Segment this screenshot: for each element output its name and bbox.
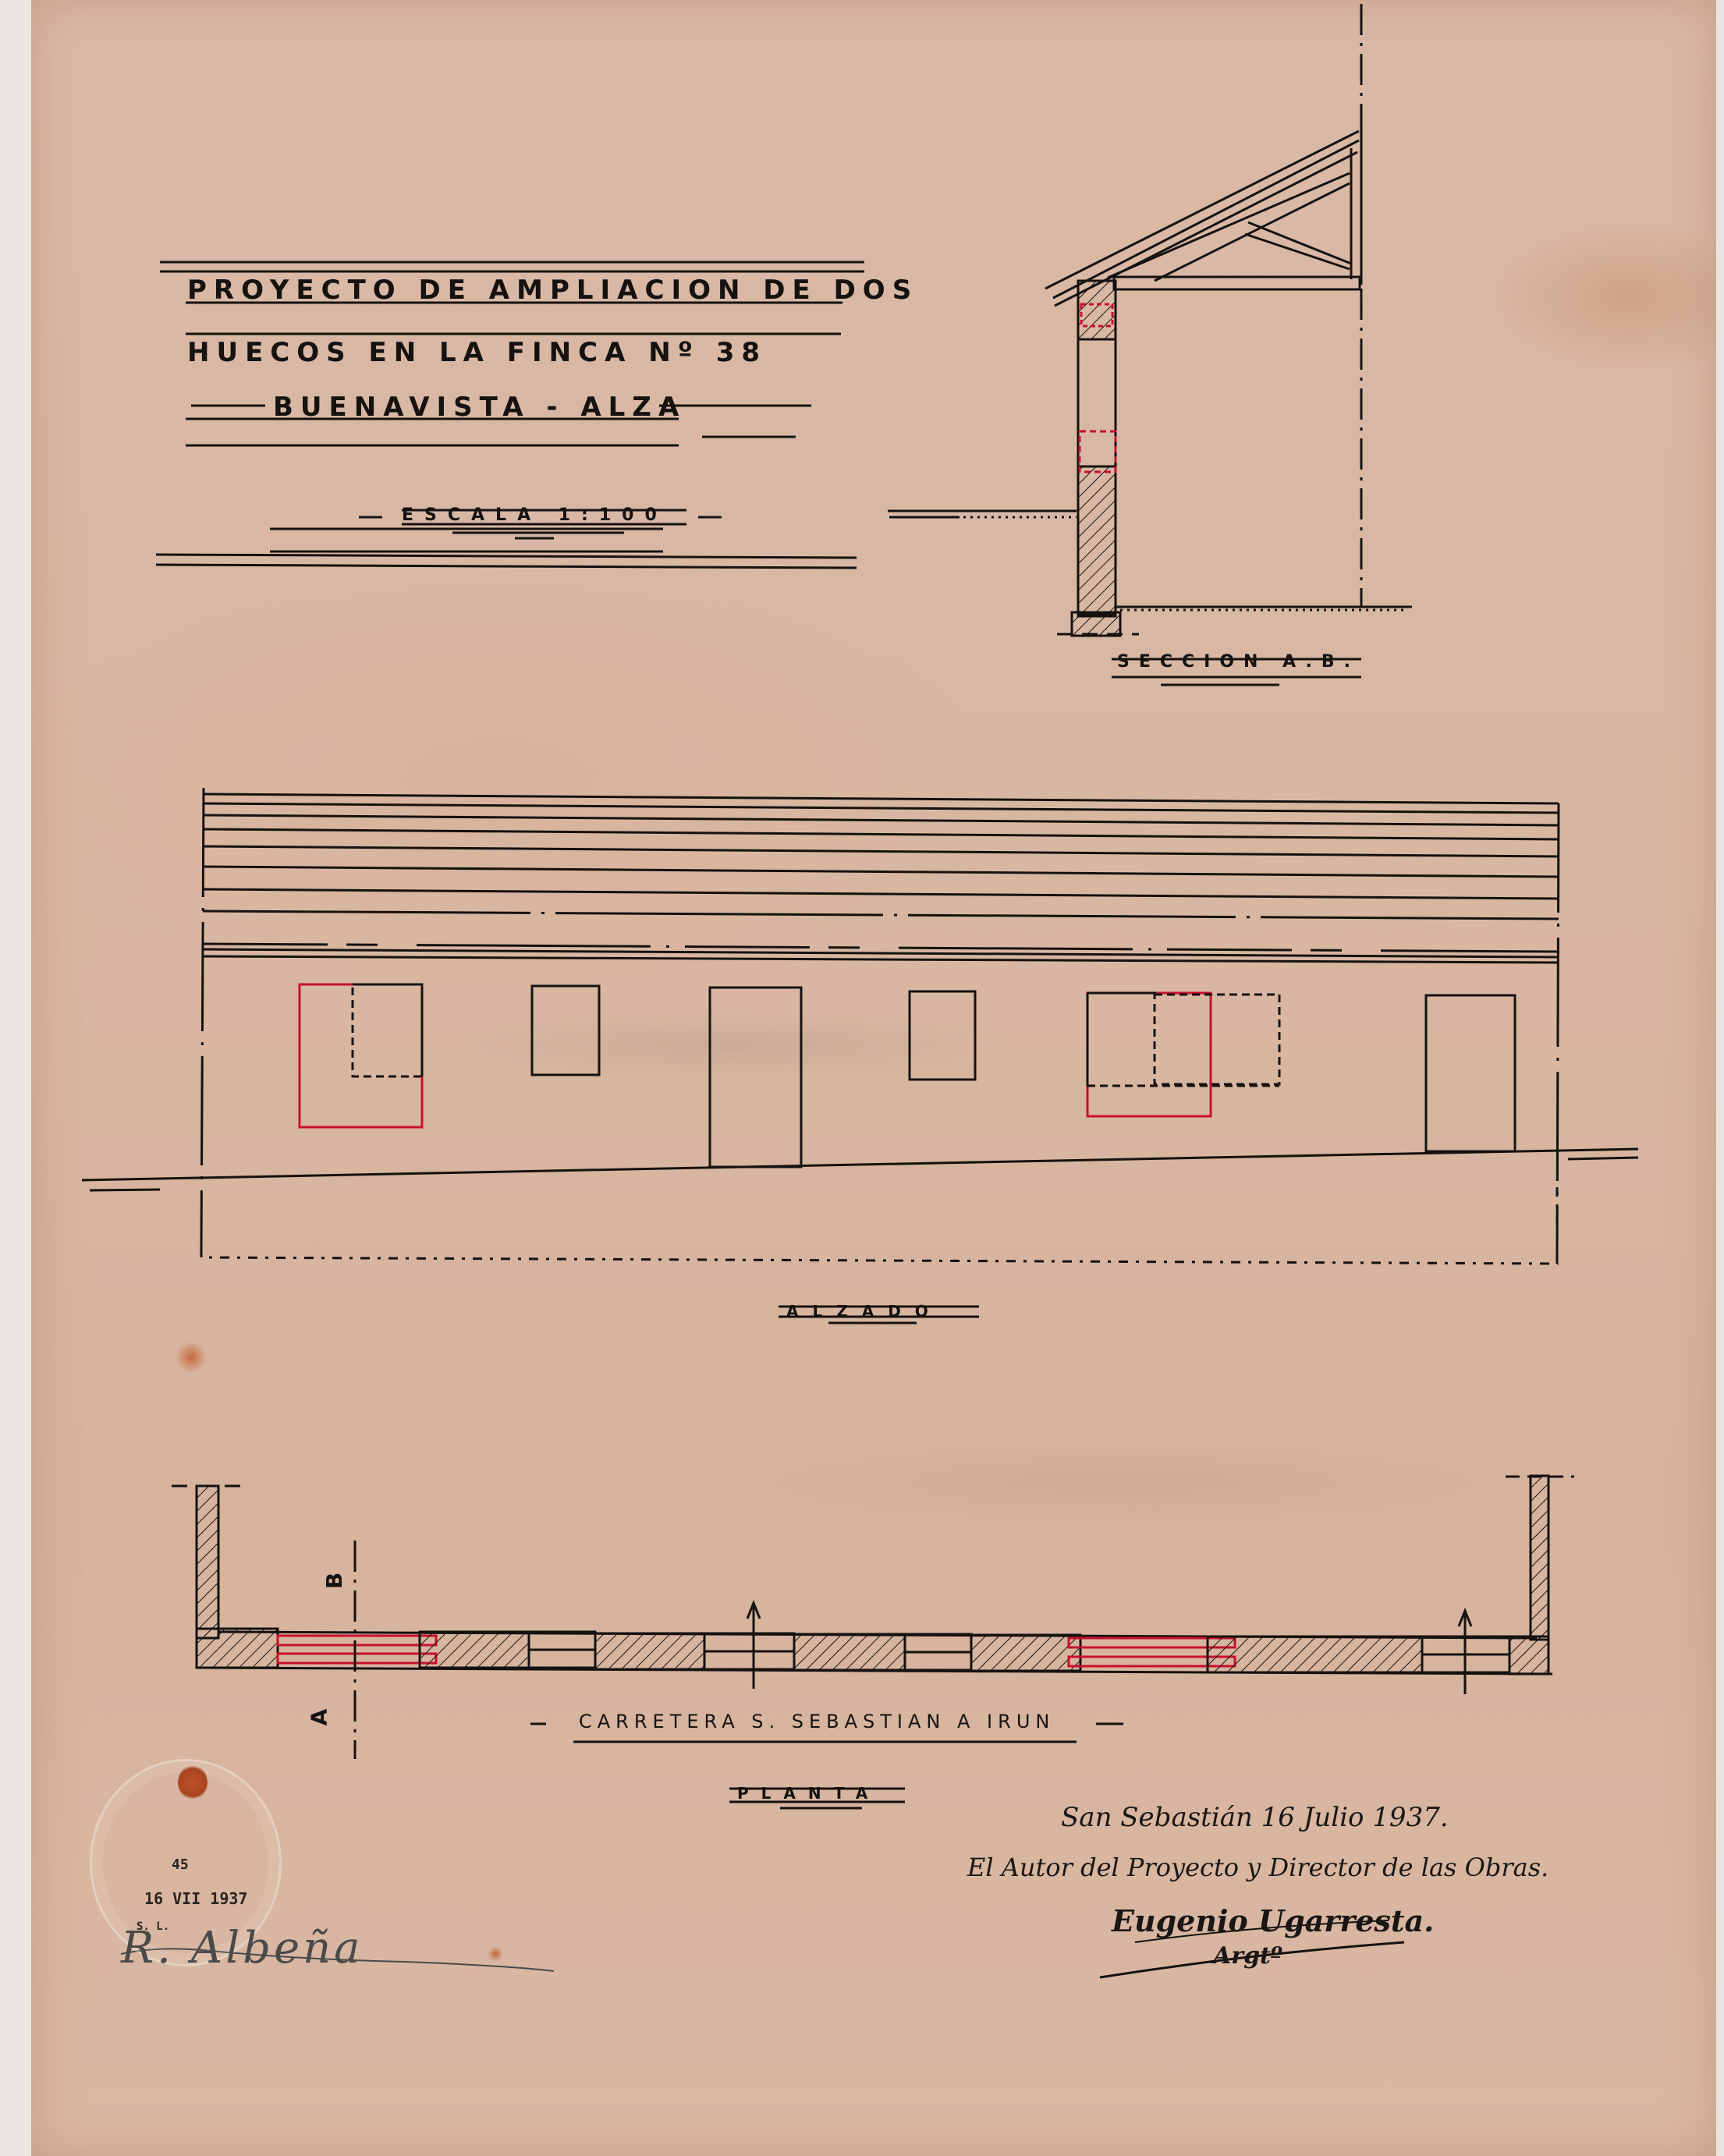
author-role: El Autor del Proyecto y Director de las … bbox=[967, 1853, 1548, 1882]
cut-mark-b: B bbox=[321, 1573, 347, 1589]
stamp-number: 45 bbox=[172, 1856, 189, 1873]
title-line-1: PROYECTO DE AMPLIACION DE DOS bbox=[187, 275, 918, 306]
section-label: SECCION A.B. bbox=[1117, 652, 1360, 672]
elevation-view bbox=[82, 788, 1638, 1323]
plan-view bbox=[172, 1476, 1574, 1808]
title-line-2: HUECOS EN LA FINCA Nº 38 bbox=[187, 337, 767, 368]
stamp-date: 16 VII 1937 bbox=[144, 1889, 247, 1908]
author-signature: Eugenio Ugarresta. bbox=[1112, 1903, 1434, 1938]
pencil-signature: R. Albeña bbox=[121, 1923, 364, 1973]
place-date: San Sebastián 16 Julio 1937. bbox=[1061, 1802, 1449, 1833]
stain bbox=[488, 1946, 503, 1962]
elevation-label: ALZADO bbox=[786, 1302, 942, 1321]
cut-mark-a: A bbox=[306, 1709, 332, 1726]
scale-label: ESCALA 1:100 bbox=[402, 505, 668, 525]
plan-label: PLANTA bbox=[737, 1784, 880, 1803]
title-line-3: BUENAVISTA - ALZA bbox=[273, 392, 686, 423]
author-title: Argtº bbox=[1213, 1942, 1282, 1970]
section-view bbox=[888, 0, 1412, 685]
wax-mark bbox=[178, 1764, 208, 1800]
road-label: CARRETERA S. SEBASTIAN a IRUN bbox=[579, 1711, 1055, 1732]
stain bbox=[176, 1342, 207, 1373]
